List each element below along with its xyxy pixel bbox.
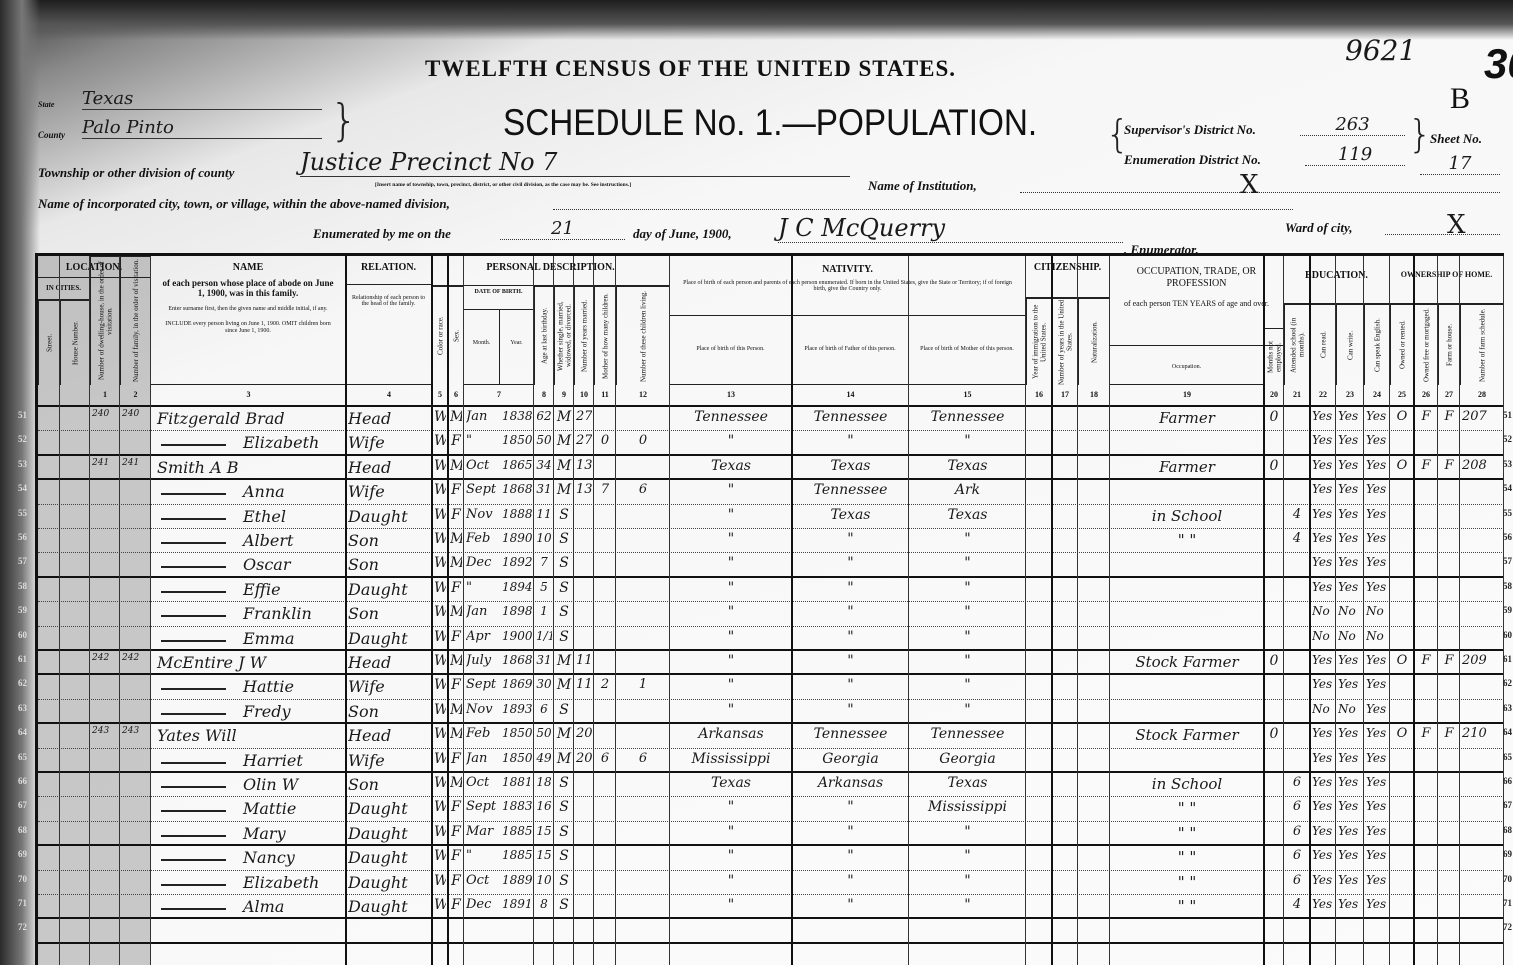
cell-month: Feb [466, 531, 490, 546]
cell-age-container: 10 [536, 873, 552, 887]
column-rule [59, 256, 60, 965]
cell-marital: S [559, 873, 569, 889]
page-stamp: 30 [1484, 40, 1513, 88]
cell-name-container: Fitzgerald Brad [153, 409, 348, 428]
column-rule [431, 256, 433, 965]
cell-year: 1883 [502, 799, 532, 813]
cell-marital-container: S [556, 531, 572, 547]
cell-birth: " [728, 799, 734, 815]
cell-mother: Mississippi [928, 799, 1007, 815]
enumeration-label: Enumeration District No. [1124, 152, 1261, 168]
cell-dwelling-container: 240 [92, 409, 118, 419]
cell-age-container: 7 [536, 555, 552, 569]
line-number: 51 [1503, 410, 1512, 420]
cell-year: 1888 [502, 507, 532, 521]
cell-color: W [434, 726, 446, 742]
cell-english-container: Yes [1366, 824, 1388, 838]
line-number: 72 [1503, 922, 1512, 932]
header-ownership: OWNERSHIP OF HOME. [1390, 256, 1504, 304]
cell-english-container: Yes [1366, 531, 1388, 545]
cell-color-container: W [434, 482, 446, 498]
cell-english-container: Yes [1366, 555, 1388, 569]
cell-sex-container: M [450, 409, 462, 425]
cell-write-container: No [1338, 604, 1362, 618]
cell-year: 1868 [502, 653, 532, 667]
cell-occupation-container: Stock Farmer [1112, 653, 1262, 671]
cell-birth-container: " [672, 799, 790, 815]
cell-month-container: Oct [466, 873, 498, 888]
cell-mother-container: " [911, 873, 1024, 889]
ditto-dash [161, 688, 226, 690]
cell-relation-container: Daught [348, 848, 430, 867]
cell-sex-container: M [450, 531, 462, 547]
enumerated-suffix: day of June, 1900, [633, 226, 732, 242]
cell-birth: " [728, 897, 734, 913]
column-number: 21 [1284, 390, 1310, 399]
table-row: 243243Yates WillHeadWMFeb185050M20Arkans… [38, 724, 1504, 748]
cell-schedule: 208 [1462, 458, 1487, 473]
cell-free-container: F [1416, 458, 1436, 473]
line-number: 60 [1503, 630, 1512, 640]
cell-family-container: 240 [122, 409, 149, 419]
cell-relation-container: Wife [348, 433, 430, 452]
cell-month-container: Jan [466, 604, 498, 619]
cell-year-container: 1885 [502, 848, 532, 862]
cell-sex: M [450, 555, 462, 571]
state-label: State [38, 100, 54, 109]
cell-marital: S [559, 824, 569, 840]
cell-write-container: Yes [1338, 653, 1362, 667]
cell-relation-container: Daught [348, 873, 430, 892]
cell-month-container: " [466, 848, 498, 863]
cell-month: Feb [466, 726, 490, 741]
header-can-write: Can write. [1336, 304, 1364, 385]
cell-year-container: 1900 [502, 629, 532, 643]
brace-left: } [330, 95, 358, 146]
column-number: 25 [1390, 390, 1414, 399]
cell-school-container: 4 [1286, 531, 1308, 546]
cell-month-container: Oct [466, 775, 498, 790]
cell-year-container: 1850 [502, 433, 532, 447]
cell-father: " [847, 702, 853, 718]
line-number: 53 [1503, 459, 1512, 469]
cell-mother: " [964, 702, 970, 718]
cell-occupation: in School [1152, 507, 1222, 525]
column-rule [908, 256, 909, 965]
cell-english-container: Yes [1366, 799, 1388, 813]
cell-birth: " [728, 482, 734, 498]
ditto-dash [161, 591, 226, 593]
cell-father: " [847, 629, 853, 645]
cell-month: Dec [466, 555, 491, 570]
cell-year: 1890 [502, 531, 532, 545]
cell-birth-container: " [672, 653, 790, 669]
line-number: 71 [1503, 898, 1512, 908]
header-months-unemployed: Months not employed. [1264, 328, 1284, 385]
cell-occupation-container: " " [1112, 897, 1262, 915]
cell-month-container: Apr [466, 629, 498, 644]
line-number: 52 [1503, 434, 1512, 444]
cell-write-container: Yes [1338, 824, 1362, 838]
column-rule [447, 256, 449, 965]
cell-color: W [434, 555, 446, 571]
cell-dwelling-container: 241 [92, 458, 118, 468]
cell-read-container: Yes [1312, 653, 1334, 667]
cell-mother-container: Ark [911, 482, 1024, 498]
cell-father: " [847, 824, 853, 840]
cell-name: Effie [243, 580, 281, 599]
cell-mother: " [964, 629, 970, 645]
cell-sex-container: F [450, 580, 462, 596]
cell-relation: Daught [348, 897, 408, 916]
cell-sex-container: M [450, 458, 462, 474]
cell-owned: O [1397, 726, 1408, 741]
column-number: 28 [1460, 390, 1504, 399]
cell-write: Yes [1338, 409, 1358, 423]
cell-read: Yes [1312, 848, 1332, 862]
line-number: 56 [18, 532, 27, 542]
cell-mother: Ark [955, 482, 980, 498]
archive-stamp-number: 9621 [1345, 34, 1416, 67]
cell-occupation-container: " " [1112, 799, 1262, 817]
cell-occupation: Farmer [1159, 409, 1215, 427]
header-immigration: Year of immigration to the United States… [1026, 298, 1052, 385]
cell-age: 1 [540, 604, 548, 618]
cell-occupation-container: " " [1112, 873, 1262, 891]
ditto-dash [161, 835, 226, 837]
cell-sex-container: M [450, 702, 462, 718]
cell-occupation: " " [1178, 897, 1197, 915]
line-number: 67 [1503, 800, 1512, 810]
cell-relation-container: Daught [348, 629, 430, 648]
cell-mother-of-container: 2 [596, 677, 614, 692]
cell-relation: Daught [348, 824, 408, 843]
cell-father: " [847, 848, 853, 864]
cell-sex: F [451, 677, 461, 693]
cell-occupation-container: Farmer [1112, 458, 1262, 476]
cell-age-container: 49 [536, 751, 552, 765]
cell-yrs-married: 11 [576, 677, 592, 692]
cell-english: Yes [1366, 507, 1386, 521]
cell-color-container: W [434, 531, 446, 547]
cell-father: Texas [831, 507, 871, 523]
column-rule [1389, 256, 1390, 965]
cell-color: W [434, 409, 446, 425]
cell-name: Albert [243, 531, 293, 550]
cell-read-container: Yes [1312, 555, 1334, 569]
cell-write: Yes [1338, 482, 1358, 496]
table-row: MattieDaughtWFSept188316S""Mississippi" … [38, 797, 1504, 821]
cell-mother-container: Georgia [911, 751, 1024, 767]
cell-write: Yes [1338, 799, 1358, 813]
cell-yrs-married: 27 [576, 409, 592, 424]
header-nativity: NATIVITY. Place of birth of each person … [670, 256, 1026, 316]
header-nativity-desc: Place of birth of each person and parent… [676, 280, 1019, 294]
cell-month-container: Sept [466, 799, 498, 814]
cell-color-container: W [434, 677, 446, 693]
cell-birth-container: Texas [672, 775, 790, 791]
cell-mother-container: " [911, 653, 1024, 669]
cell-relation: Wife [348, 482, 385, 501]
cell-write: Yes [1338, 726, 1358, 740]
cell-marital-container: S [556, 580, 572, 596]
column-rule [463, 256, 464, 965]
cell-read: Yes [1312, 507, 1332, 521]
line-number: 66 [1503, 776, 1512, 786]
township-note: [Insert name of township, town, precinct… [375, 182, 631, 188]
cell-age-container: 1/12 [536, 629, 552, 643]
cell-marital-container: M [556, 653, 572, 669]
cell-owned-container: O [1392, 409, 1412, 424]
cell-sex: F [451, 751, 461, 767]
column-rule [1283, 256, 1284, 965]
cell-marital: M [557, 726, 571, 742]
cell-year: 1885 [502, 824, 532, 838]
cell-name: Harriet [243, 751, 303, 770]
cell-sex: F [451, 824, 461, 840]
line-number: 65 [1503, 752, 1512, 762]
cell-age-container: 30 [536, 677, 552, 691]
column-rule [533, 256, 534, 965]
cell-relation: Daught [348, 507, 408, 526]
cell-age: 62 [536, 409, 551, 423]
line-number: 68 [1503, 825, 1512, 835]
cell-mother-container: Texas [911, 458, 1024, 474]
cell-birth-container: Texas [672, 458, 790, 474]
cell-english-container: Yes [1366, 409, 1388, 423]
column-number: 7 [464, 390, 534, 399]
cell-free-container: F [1416, 409, 1436, 424]
cell-school-container: 6 [1286, 848, 1308, 863]
column-rule [1025, 256, 1026, 965]
cell-year-container: 1850 [502, 726, 532, 740]
table-row: EmmaDaughtWFApr19001/12S"""NoNoNo [38, 627, 1504, 651]
cell-occupation-container: in School [1112, 775, 1262, 793]
column-rule [345, 256, 347, 965]
column-number: 13 [670, 390, 792, 399]
cell-birth: " [728, 580, 734, 596]
cell-english: Yes [1366, 799, 1386, 813]
cell-occupation-container: Farmer [1112, 409, 1262, 427]
cell-mother: Georgia [939, 751, 995, 767]
cell-marital-container: M [556, 726, 572, 742]
cell-birth: " [728, 702, 734, 718]
cell-father-container: Tennessee [794, 726, 907, 742]
cell-color: W [434, 775, 446, 791]
cell-age-container: 15 [536, 848, 552, 862]
header-date-of-birth: DATE OF BIRTH. [464, 286, 534, 310]
header-color: Color or race. [432, 286, 448, 385]
cell-english-container: Yes [1366, 751, 1388, 765]
line-number: 56 [1503, 532, 1512, 542]
cell-birth: Texas [711, 458, 751, 474]
cell-english-container: Yes [1366, 897, 1388, 911]
line-number: 63 [18, 703, 27, 713]
cell-year: 1838 [502, 409, 532, 423]
cell-color: W [434, 580, 446, 596]
cell-marital-container: S [556, 604, 572, 620]
column-number: 26 [1414, 390, 1438, 399]
cell-birth: " [728, 433, 734, 449]
cell-dwelling: 240 [92, 409, 109, 419]
line-number: 64 [1503, 727, 1512, 737]
header-can-speak-english: Can speak English. [1364, 304, 1390, 385]
cell-owned-container: O [1392, 653, 1412, 668]
column-rule [1459, 256, 1460, 965]
cell-relation: Son [348, 604, 379, 623]
cell-mother-of: 2 [601, 677, 609, 692]
cell-relation: Head [348, 409, 391, 428]
cell-relation-container: Wife [348, 677, 430, 696]
table-row: HattieWifeWFSept186930M1121"""YesYesYes [38, 675, 1504, 699]
cell-sex-container: F [450, 873, 462, 889]
cell-year: 1892 [502, 555, 532, 569]
cell-write-container: Yes [1338, 897, 1362, 911]
cell-living: 1 [639, 677, 647, 692]
cell-father-container: " [794, 677, 907, 693]
cell-year: 1850 [502, 751, 532, 765]
cell-schedule-container: 209 [1462, 653, 1502, 668]
cell-father-container: " [794, 531, 907, 547]
cell-mother: " [964, 653, 970, 669]
cell-age-container: 50 [536, 433, 552, 447]
cell-year: 1900 [502, 629, 532, 643]
ditto-dash [161, 542, 226, 544]
cell-marital-container: S [556, 629, 572, 645]
cell-month: Dec [466, 897, 491, 912]
cell-sex-container: F [450, 677, 462, 693]
header-farm-house: Farm or house. [1438, 304, 1460, 385]
cell-occupation-container: " " [1112, 848, 1262, 866]
line-number: 58 [1503, 581, 1512, 591]
cell-age-container: 15 [536, 824, 552, 838]
cell-read-container: Yes [1312, 409, 1334, 423]
cell-english-container: Yes [1366, 653, 1388, 667]
cell-english: Yes [1366, 409, 1386, 423]
census-page: TWELFTH CENSUS OF THE UNITED STATES. SCH… [0, 0, 1513, 965]
cell-schedule: 210 [1462, 726, 1487, 741]
cell-name: Anna [243, 482, 285, 501]
column-number: 2 [120, 390, 151, 399]
cell-father-container: Arkansas [794, 775, 907, 791]
cell-free: F [1421, 653, 1430, 668]
cell-english: Yes [1366, 531, 1386, 545]
cell-name: Yates Will [157, 726, 237, 745]
cell-write: Yes [1338, 507, 1358, 521]
cell-color-container: W [434, 604, 446, 620]
cell-marital-container: M [556, 751, 572, 767]
column-rule [89, 256, 90, 965]
cell-sex: M [450, 604, 462, 620]
cell-color-container: W [434, 751, 446, 767]
cell-month: Jan [466, 751, 487, 766]
cell-name-container: McEntire J W [153, 653, 348, 672]
enumeration-value: 119 [1305, 144, 1405, 166]
ditto-dash [161, 859, 226, 861]
cell-father-container: " [794, 580, 907, 596]
cell-dwelling: 241 [92, 458, 109, 468]
cell-english: Yes [1366, 775, 1386, 789]
cell-age: 5 [540, 580, 548, 594]
cell-read: Yes [1312, 555, 1332, 569]
column-rule [1309, 256, 1311, 965]
cell-school: 6 [1293, 873, 1301, 888]
cell-read-container: Yes [1312, 458, 1334, 472]
cell-marital: M [557, 751, 571, 767]
cell-father-container: Tennessee [794, 482, 907, 498]
column-number: 24 [1364, 390, 1390, 399]
cell-farm-container: F [1440, 409, 1458, 424]
cell-marital-container: S [556, 873, 572, 889]
supervisor-label: Supervisor's District No. [1124, 122, 1256, 138]
cell-name: Olin W [243, 775, 298, 794]
cell-school-container: 6 [1286, 873, 1308, 888]
cell-sex-container: F [450, 482, 462, 498]
cell-school-container: 4 [1286, 507, 1308, 522]
cell-school: 6 [1293, 775, 1301, 790]
cell-living-container: 0 [618, 433, 668, 448]
line-number: 62 [18, 678, 27, 688]
cell-yrs-married-container: 20 [576, 751, 592, 766]
cell-marital: M [557, 677, 571, 693]
table-row: EffieDaughtWF"18945S"""YesYesYes [38, 578, 1504, 602]
cell-sex-container: M [450, 726, 462, 742]
township-value: Justice Precinct No 7 [300, 148, 850, 177]
cell-yrs-married-container: 11 [576, 653, 592, 668]
header-family-number: Number of family, in the order of visita… [120, 256, 151, 385]
cell-age: 7 [540, 555, 548, 569]
cell-father-container: " [794, 629, 907, 645]
cell-father: Georgia [822, 751, 878, 767]
cell-farm: F [1444, 458, 1453, 473]
cell-year-container: 1869 [502, 677, 532, 691]
header-age: Age at last birthday. [534, 286, 554, 385]
cell-read-container: Yes [1312, 507, 1334, 521]
cell-month-container: Mar [466, 824, 498, 839]
cell-relation-container: Head [348, 409, 430, 428]
cell-english: Yes [1366, 653, 1386, 667]
cell-write-container: Yes [1338, 433, 1362, 447]
ditto-dash [161, 884, 226, 886]
cell-schedule: 207 [1462, 409, 1487, 424]
cell-read-container: Yes [1312, 799, 1334, 813]
cell-color-container: W [434, 824, 446, 840]
column-number: 1 [90, 390, 120, 399]
cell-mother: " [964, 677, 970, 693]
table-row: AlmaDaughtWFDec18918S"""" "4YesYesYes [38, 895, 1504, 919]
cell-sex-container: M [450, 653, 462, 669]
cell-sex-container: F [450, 824, 462, 840]
header-marital: Whether single, married, widowed, or div… [554, 286, 574, 385]
cell-relation-container: Head [348, 458, 430, 477]
column-rule [1363, 256, 1364, 965]
column-number: 19 [1110, 390, 1264, 399]
header-in-cities: IN CITIES. [38, 278, 90, 300]
cell-yrs-married-container: 27 [576, 433, 592, 448]
cell-father: " [847, 677, 853, 693]
schedule-title: SCHEDULE No. 1.—POPULATION. [503, 102, 1037, 144]
cell-birth: " [728, 531, 734, 547]
cell-read: Yes [1312, 653, 1332, 667]
institution-label: Name of Institution, [868, 178, 977, 194]
ward-line [1385, 222, 1500, 235]
cell-month-container: Sept [466, 482, 498, 497]
cell-mother: " [964, 604, 970, 620]
column-number: 9 [554, 390, 574, 399]
cell-father: " [847, 555, 853, 571]
cell-write-container: Yes [1338, 409, 1362, 423]
institution-value: X [1240, 170, 1259, 200]
